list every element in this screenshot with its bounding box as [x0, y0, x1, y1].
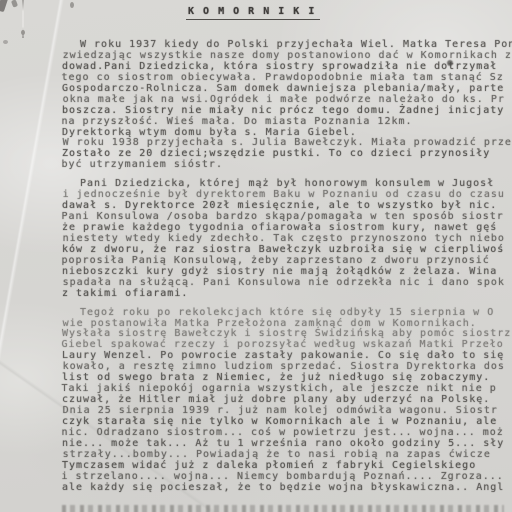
corner-ink-mark [11, 0, 18, 8]
ink-speck [3, 40, 8, 44]
text-line: ale każdy się pocieszał, że to będzie wo… [62, 483, 512, 494]
ink-speck [21, 30, 25, 35]
paragraph: W roku 1937 kiedy do Polski przyjechała … [62, 40, 512, 171]
paper-crease [22, 0, 24, 38]
text-line: być utrzymaniem sióstr. [62, 160, 512, 171]
text-line: i strzelano.... wojna... Niemcy bombardu… [62, 472, 512, 483]
clipped-text-line [62, 505, 504, 512]
text-line: z takimi ofiarami. [62, 289, 512, 300]
document-body: W roku 1937 kiedy do Polski przyjechała … [62, 40, 512, 502]
paragraph: Pani Dziedzicka, której mąż był honorowy… [62, 179, 512, 299]
ink-speck [70, 2, 74, 8]
scanned-document-page: K O M O R N I K I W roku 1937 kiedy do P… [0, 0, 512, 512]
paragraph: Tegoż roku po rekolekcjach które się odb… [62, 308, 512, 494]
document-title: K O M O R N I K I [186, 6, 320, 20]
corner-ink-mark [0, 0, 9, 12]
text-line: okna małe jak na wsi.Ogródek i małe podw… [63, 95, 512, 106]
text-line: spadała na służącą. Pani Konsulowa nie o… [63, 278, 512, 289]
text-line: na przyszłość. Wieś mała. Do miasta Pozn… [62, 117, 512, 128]
